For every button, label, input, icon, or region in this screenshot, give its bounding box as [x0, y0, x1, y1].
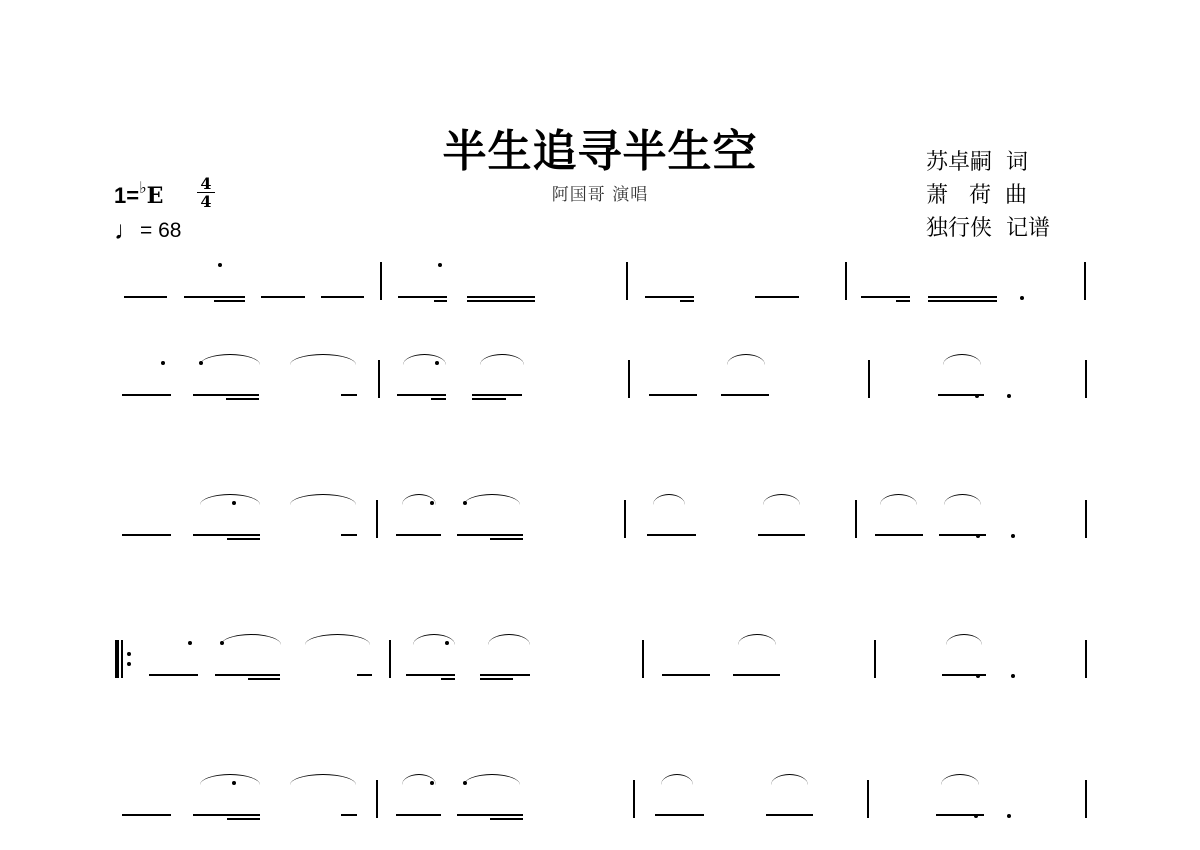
underline-beam	[472, 398, 506, 400]
tempo-value: = 68	[140, 219, 181, 242]
underline-beam	[357, 674, 372, 676]
credits-block: 苏卓嗣 词 萧 荷 曲 独行侠 记谱	[926, 146, 1050, 245]
underline-beam	[875, 534, 923, 536]
underline-beam	[122, 394, 171, 396]
time-signature-top: 4	[197, 176, 215, 191]
slur-arc	[464, 494, 520, 505]
barline	[1085, 780, 1087, 818]
barline	[845, 262, 847, 300]
slur-arc	[305, 634, 370, 645]
slur-arc	[880, 494, 917, 505]
barline	[380, 262, 382, 300]
slur-arc	[488, 634, 530, 645]
underline-beam	[341, 394, 357, 396]
slur-arc	[944, 494, 981, 505]
octave-down-dot	[1011, 674, 1015, 678]
slur-arc	[941, 774, 979, 785]
key-signature: 1=♭E	[114, 178, 163, 209]
underline-beam	[758, 534, 805, 536]
slur-arc	[221, 634, 281, 645]
barline	[628, 360, 630, 398]
barline	[855, 500, 857, 538]
underline-beam	[396, 534, 441, 536]
time-signature: 4 4	[197, 176, 215, 209]
underline-beam	[928, 300, 997, 302]
underline-beam	[122, 814, 171, 816]
transcriber-credit: 独行侠 记谱	[926, 212, 1050, 245]
slur-arc	[738, 634, 776, 645]
underline-beam	[215, 674, 280, 676]
barline	[376, 500, 378, 538]
barline	[1085, 500, 1087, 538]
underline-beam	[647, 534, 696, 536]
underline-beam	[861, 296, 910, 298]
underline-beam	[457, 814, 523, 816]
underline-beam	[467, 300, 535, 302]
slur-arc	[661, 774, 693, 785]
barline	[633, 780, 635, 818]
underline-beam	[434, 300, 447, 302]
underline-beam	[766, 814, 813, 816]
repeat-thick-bar	[115, 640, 119, 678]
octave-down-dot	[1007, 394, 1011, 398]
composer-credit: 萧 荷 曲	[926, 179, 1050, 212]
slur-arc	[480, 354, 524, 365]
underline-beam	[645, 296, 694, 298]
octave-up-dot	[161, 361, 165, 365]
underline-beam	[457, 534, 523, 536]
underline-beam	[193, 394, 259, 396]
octave-up-dot	[218, 263, 222, 267]
slur-arc	[771, 774, 808, 785]
underline-beam	[261, 296, 305, 298]
slur-arc	[413, 634, 455, 645]
slur-arc	[402, 774, 436, 785]
underline-beam	[472, 394, 522, 396]
underline-beam	[721, 394, 769, 396]
underline-beam	[431, 398, 446, 400]
underline-beam	[480, 678, 513, 680]
octave-down-dot	[1007, 814, 1011, 818]
barline	[389, 640, 391, 678]
underline-beam	[441, 678, 455, 680]
underline-beam	[124, 296, 167, 298]
repeat-dot	[127, 652, 131, 656]
repeat-dot	[127, 662, 131, 666]
underline-beam	[467, 296, 535, 298]
underline-beam	[936, 814, 984, 816]
underline-beam	[896, 300, 910, 302]
octave-down-dot	[1020, 296, 1024, 300]
barline	[624, 500, 626, 538]
underline-beam	[341, 814, 357, 816]
slur-arc	[464, 774, 520, 785]
octave-up-dot	[188, 641, 192, 645]
underline-beam	[490, 538, 523, 540]
underline-beam	[248, 678, 280, 680]
underline-beam	[122, 534, 171, 536]
underline-beam	[655, 814, 704, 816]
slur-arc	[402, 494, 436, 505]
underline-beam	[214, 300, 245, 302]
barline	[1085, 360, 1087, 398]
underline-beam	[733, 674, 780, 676]
slur-arc	[946, 634, 982, 645]
underline-beam	[227, 538, 260, 540]
underline-beam	[942, 674, 986, 676]
slur-arc	[200, 494, 260, 505]
barline	[626, 262, 628, 300]
slur-arc	[200, 354, 260, 365]
key-prefix: 1=	[114, 183, 139, 208]
underline-beam	[193, 534, 260, 536]
underline-beam	[649, 394, 697, 396]
slur-arc	[727, 354, 765, 365]
underline-beam	[321, 296, 364, 298]
underline-beam	[406, 674, 455, 676]
barline	[1084, 262, 1086, 300]
barline	[874, 640, 876, 678]
slur-arc	[200, 774, 260, 785]
octave-up-dot	[438, 263, 442, 267]
underline-beam	[680, 300, 694, 302]
underline-beam	[227, 818, 260, 820]
underline-beam	[490, 818, 523, 820]
underline-beam	[193, 814, 260, 816]
underline-beam	[226, 398, 259, 400]
underline-beam	[341, 534, 357, 536]
underline-beam	[662, 674, 710, 676]
lyricist-credit: 苏卓嗣 词	[926, 146, 1050, 179]
slur-arc	[290, 494, 356, 505]
underline-beam	[184, 296, 245, 298]
flat-icon: ♭	[139, 180, 147, 197]
underline-beam	[397, 394, 446, 396]
underline-beam	[149, 674, 198, 676]
underline-beam	[396, 814, 441, 816]
underline-beam	[398, 296, 447, 298]
barline	[642, 640, 644, 678]
quarter-note-icon: ♩	[114, 215, 140, 245]
repeat-thin-bar	[121, 640, 123, 678]
barline	[376, 780, 378, 818]
slur-arc	[290, 774, 356, 785]
octave-down-dot	[1011, 534, 1015, 538]
slur-arc	[943, 354, 981, 365]
underline-beam	[928, 296, 997, 298]
underline-beam	[755, 296, 799, 298]
underline-beam	[939, 534, 986, 536]
barline	[867, 780, 869, 818]
underline-beam	[938, 394, 984, 396]
barline	[378, 360, 380, 398]
key-tonic: E	[147, 183, 164, 209]
barline	[1085, 640, 1087, 678]
barline	[868, 360, 870, 398]
tempo-marking: ♩= 68	[114, 215, 181, 246]
time-signature-bottom: 4	[197, 194, 215, 209]
slur-arc	[763, 494, 800, 505]
slur-arc	[403, 354, 446, 365]
underline-beam	[480, 674, 530, 676]
slur-arc	[653, 494, 685, 505]
slur-arc	[290, 354, 356, 365]
